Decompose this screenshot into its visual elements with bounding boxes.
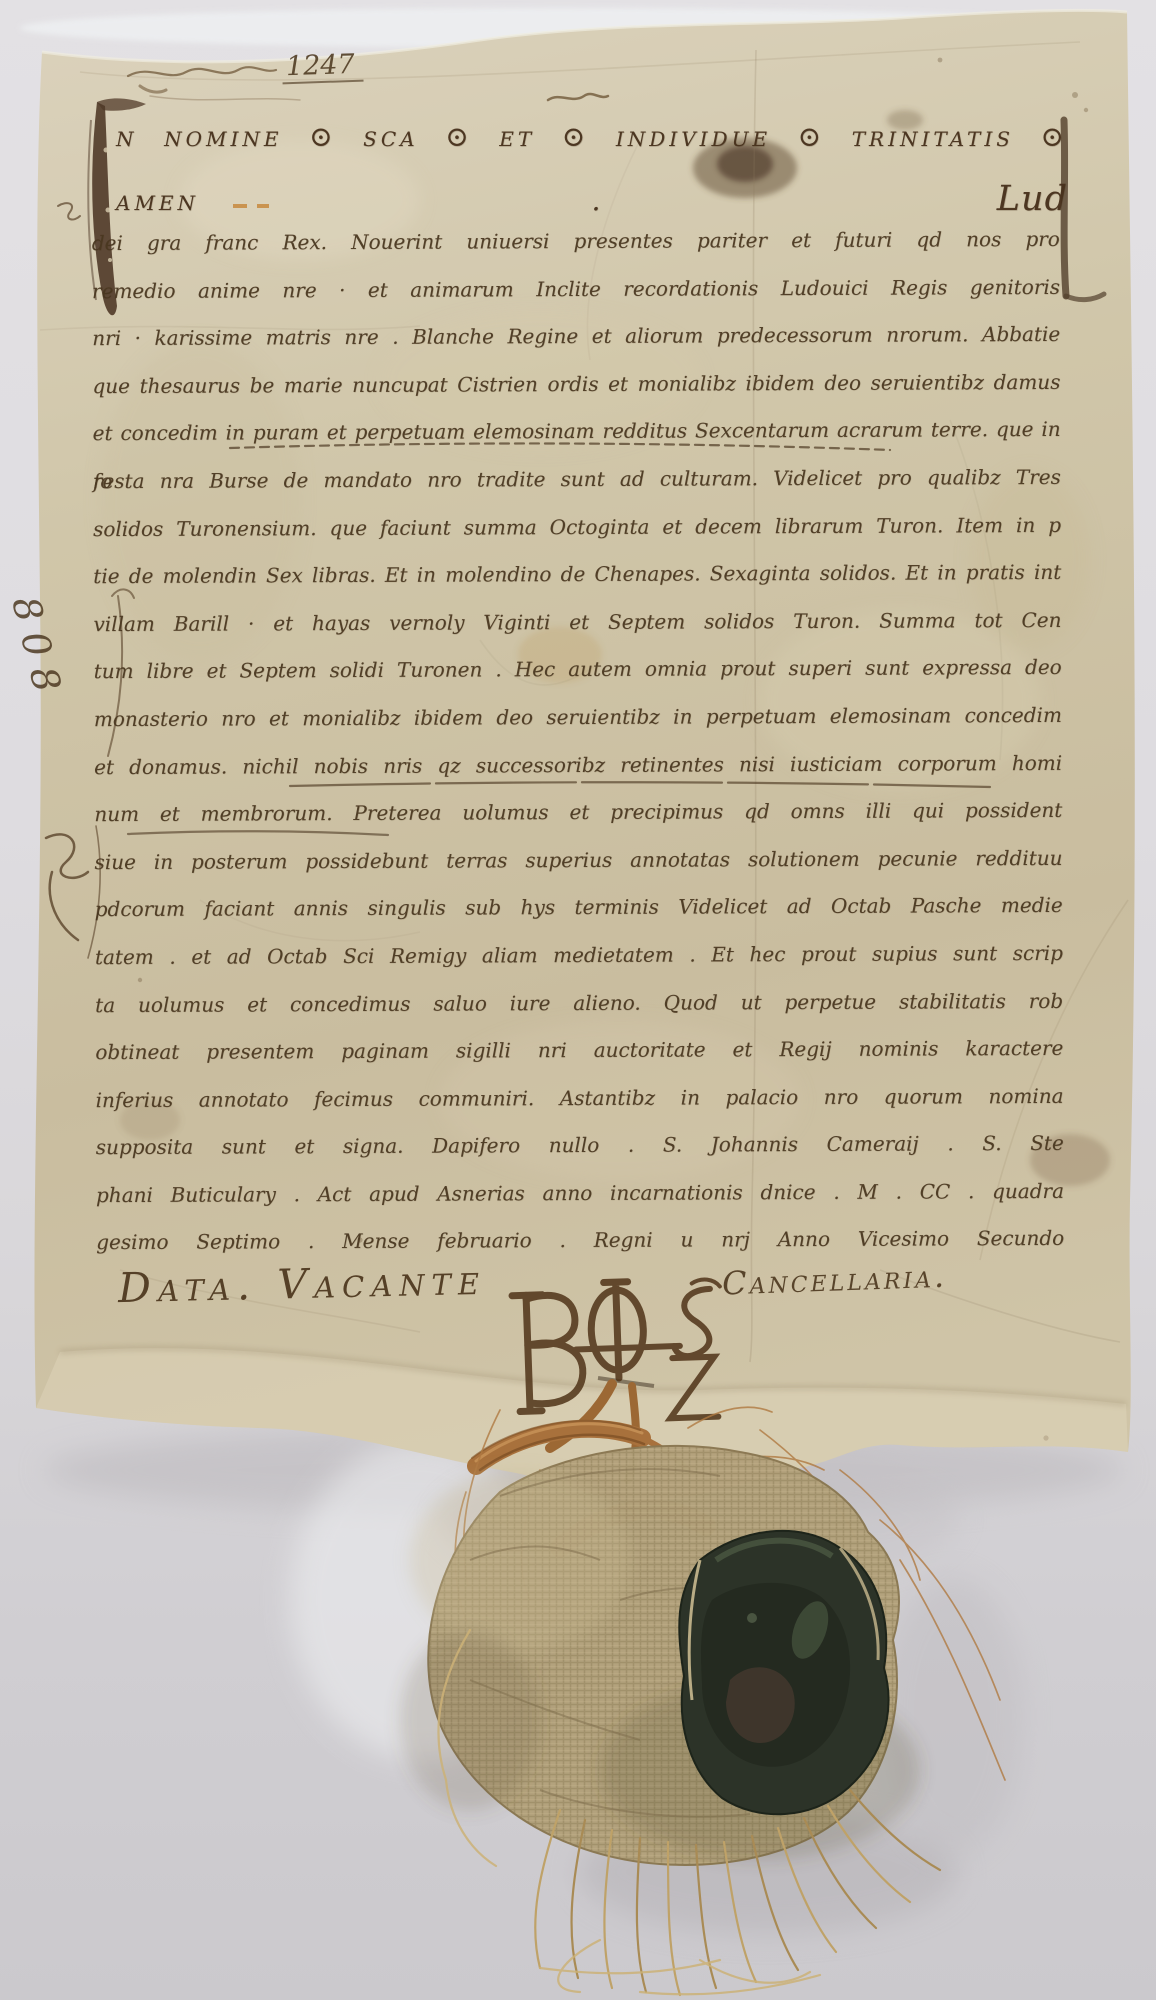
- text-line: pdcorum faciant annis singulis sub hys t…: [95, 882, 1063, 934]
- text-line: obtineat presentem paginam sigilli nri a…: [95, 1025, 1063, 1077]
- text-line: siue in posterum possidebunt terras supe…: [94, 835, 1062, 887]
- text-line: et concedim in puram et perpetuam elemos…: [93, 406, 1061, 458]
- opening-line-end: Lud: [997, 179, 1068, 219]
- charter-text-block: dei gra franc Rex. Nouerint uniuersi pre…: [92, 216, 1065, 1267]
- opening-line: n nomine ⊙ sca ⊙ et ⊙ individue ⊙ trinit…: [116, 106, 1068, 168]
- year-annotation: 1247: [281, 49, 363, 85]
- text-line: supposita sunt et signa. Dapifero nullo …: [96, 1120, 1064, 1172]
- text-line: et donamus. nichil nobis nris qz success…: [94, 739, 1062, 791]
- text-line: tatem . et ad Octab Sci Remigy aliam med…: [95, 930, 1063, 982]
- text-line: resta nra Burse de mandato nro tradite s…: [93, 454, 1061, 506]
- text-line: inferius annotato fecimus communiri. Ast…: [95, 1073, 1063, 1125]
- text-line: num et membrorum. Preterea uolumus et pr…: [94, 787, 1062, 839]
- text-line: villam Barill · et hayas vernoly Viginti…: [93, 597, 1061, 649]
- text-line: ta uolumus et concedimus saluo iure alie…: [95, 977, 1063, 1029]
- text-line: phani Buticulary . Act apud Asnerias ann…: [96, 1168, 1064, 1220]
- text-line: tie de molendin Sex libras. Et in molend…: [93, 549, 1061, 601]
- opening-line-text: n nomine ⊙ sca ⊙ et ⊙ individue ⊙ trinit…: [116, 120, 1068, 217]
- text-line: solidos Turonensium. que faciunt summa O…: [93, 501, 1061, 553]
- charter-photograph: 1247 n nomine ⊙ sca ⊙ et ⊙ individue ⊙ t…: [0, 0, 1156, 2000]
- text-line: remedio anime nre · et animarum Inclite …: [92, 263, 1060, 315]
- wax-seal: [679, 1531, 888, 1814]
- text-line: nri · karissime matris nre . Blanche Reg…: [92, 311, 1060, 363]
- text-line: dei gra franc Rex. Nouerint uniuersi pre…: [92, 216, 1060, 268]
- text-line: monasterio nro et monialibz ibidem deo s…: [94, 692, 1062, 744]
- text-line: que thesaurus be marie nuncupat Cistrien…: [92, 359, 1060, 411]
- text-line: tum libre et Septem solidi Turonen . Hec…: [94, 644, 1062, 696]
- data-vacante-text: Data. Vacante: [118, 1256, 487, 1312]
